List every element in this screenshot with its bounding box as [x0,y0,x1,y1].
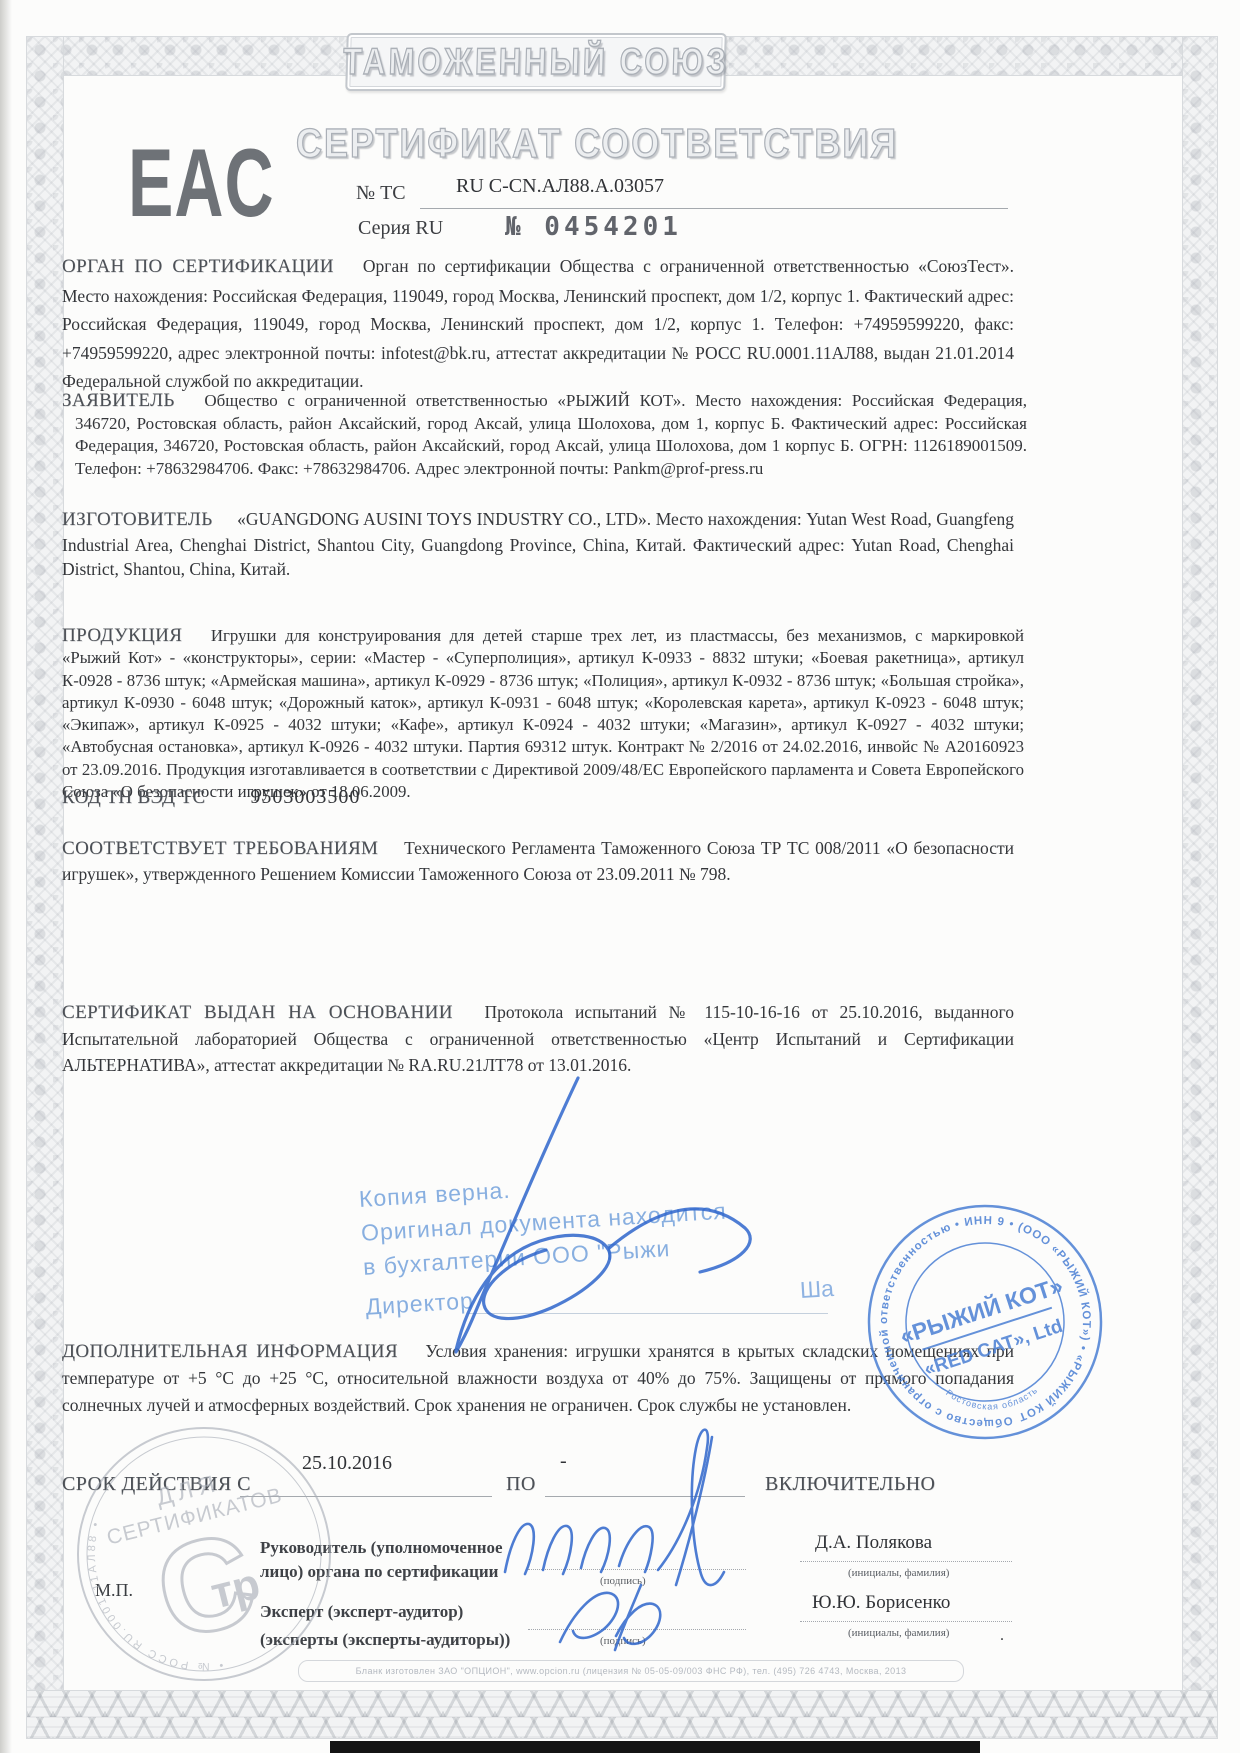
series-value: № 0454201 [505,212,682,242]
stray-dot: . [1000,1627,1004,1645]
section-tnved: КОД ТН ВЭД ТС 9503003500 [62,786,1014,809]
head-name: Д.А. Полякова [815,1532,932,1554]
section-product-text: Игрушки для конструирования для детей ст… [62,626,1024,801]
scan-edge-shadow [0,0,12,1753]
grey-cert-stamp: • № РОСС RU.0001.11АЛ88 • ДЛЯ СЕРТИФИКАТ… [68,1418,340,1690]
border-right [1182,36,1218,1739]
cert-number-underline [420,208,1008,209]
section-applicant-heading: ЗАЯВИТЕЛЬ [62,390,175,411]
head-signature-caption: (подпись) [600,1575,646,1587]
blank-manufacturer-fine-print: Бланк изготовлен ЗАО "ОПЦИОН", www.opcio… [298,1660,964,1682]
customs-union-banner: ТАМОЖЕННЫЙ СОЮЗ [345,33,727,91]
expert-signature-line [528,1628,746,1630]
validity-inclusive-label: ВКЛЮЧИТЕЛЬНО [765,1473,935,1496]
series-label: Серия RU [358,217,443,240]
validity-to-line [545,1496,745,1497]
section-applicant: ЗАЯВИТЕЛЬ Общество с ограниченной ответс… [62,390,1027,480]
red-cat-round-stamp: Общество с ограниченной ответственностью… [795,1192,1185,1460]
copy-certification-stamp: Копия верна. Оригинал документа находитс… [358,1160,732,1324]
certificate-page: ТАМОЖЕННЫЙ СОЮЗ EAC СЕРТИФИКАТ СООТВЕТСТ… [0,0,1240,1753]
border-bottom [26,1690,1218,1739]
expert-name-caption: (инициалы, фамилия) [848,1627,949,1639]
eac-logo: EAC [128,128,275,239]
expert-name: Ю.Ю. Борисенко [812,1592,950,1614]
validity-to-date: - [560,1450,567,1473]
section-product: ПРОДУКЦИЯ Игрушки для конструирования дл… [62,625,1024,803]
expert-name-line [800,1620,1012,1622]
section-issued-on-heading: СЕРТИФИКАТ ВЫДАН НА ОСНОВАНИИ [62,1002,453,1023]
section-certification-body: ОРГАН ПО СЕРТИФИКАЦИИ Орган по сертифика… [62,252,1014,396]
head-name-caption: (инициалы, фамилия) [848,1567,949,1579]
section-applicant-text: Общество с ограниченной ответственностью… [75,391,1027,478]
section-manufacturer: ИЗГОТОВИТЕЛЬ «GUANGDONG AUSINI TOYS INDU… [62,507,1014,582]
head-name-line [800,1560,1012,1562]
section-manufacturer-heading: ИЗГОТОВИТЕЛЬ [62,509,213,530]
section-tnved-heading: КОД ТН ВЭД ТС [62,787,206,808]
border-left [26,36,64,1739]
section-tnved-value: 9503003500 [250,786,360,808]
cert-number-value: RU C-CN.АЛ88.А.03057 [456,175,664,198]
validity-to-label: ПО [506,1473,536,1496]
banner-text: ТАМОЖЕННЫЙ СОЮЗ [343,40,730,83]
scan-black-bar [330,1741,980,1753]
section-issued-on: СЕРТИФИКАТ ВЫДАН НА ОСНОВАНИИ Протокола … [62,999,1014,1078]
section-product-heading: ПРОДУКЦИЯ [62,625,182,646]
cert-number-label: № ТС [356,182,406,205]
document-title: СЕРТИФИКАТ СООТВЕТСТВИЯ [296,120,898,167]
section-complies-heading: СООТВЕТСТВУЕТ ТРЕБОВАНИЯМ [62,838,378,859]
head-signature-line [528,1568,746,1570]
section-complies: СООТВЕТСТВУЕТ ТРЕБОВАНИЯМ Технического Р… [62,836,1014,887]
section-certification-body-heading: ОРГАН ПО СЕРТИФИКАЦИИ [62,256,334,277]
section-additional-heading: ДОПОЛНИТЕЛЬНАЯ ИНФОРМАЦИЯ [62,1341,398,1362]
head-signature [505,1430,724,1585]
expert-signature-caption: (подпись) [600,1635,646,1647]
